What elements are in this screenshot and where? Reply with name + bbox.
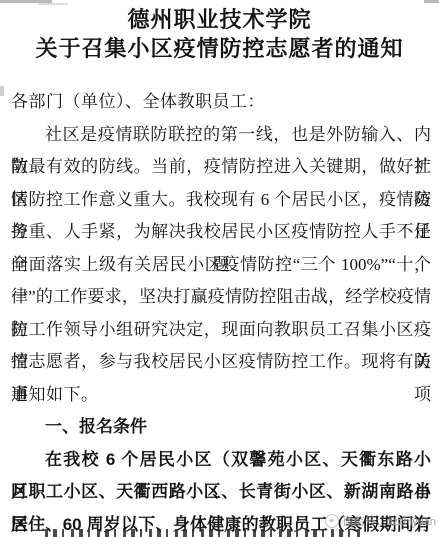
body-line: 律”的工作要求，坚决打赢疫情防控阻击战，经学校疫情防 [11,281,431,314]
salutation-line: 各部门（单位）、全体教职员工： [11,86,431,119]
body-line: 散最有效的防线。当前，疫情防控进入关键期，做好社区疫 [11,151,431,184]
wechat-watermark-label: 微信号：dzzhiyuan [342,513,436,529]
left-edge-artifact [0,86,4,96]
top-right-cutoff-mark [424,0,439,3]
clipped-text-line [45,529,363,537]
body-line: 控志愿者，参与我校居民小区疫情防控工作。现将有关事项 [11,346,431,379]
document-title: 德州职业技术学院 关于召集小区疫情防控志愿者的通知 [0,5,439,63]
wechat-watermark: 微信号：dzzhiyuan [325,513,436,529]
body-line: 全面落实上级有关居民小区疫情防控“三个 100%”“十个一 [11,249,431,282]
body-line: 社区是疫情联防联控的第一线，也是外防输入、内防扩 [11,119,431,152]
body-line: 控工作领导小组研究决定，现面向教职员工召集小区疫情防 [11,314,431,347]
title-line-1: 德州职业技术学院 [0,5,439,34]
document-body: 各部门（单位）、全体教职员工： 社区是疫情联防联控的第一线，也是外防输入、内防扩… [11,86,431,537]
body-line-bold: 在我校 6 个居民小区（双馨苑小区、天衢东路小区、肖 [11,444,431,477]
notice-document: 德州职业技术学院 关于召集小区疫情防控志愿者的通知 各部门（单位）、全体教职员工… [0,0,439,537]
body-line: 务重、人手紧，为解决我校居民小区疫情防控人手不足问题， [11,216,431,249]
title-line-2: 关于召集小区疫情防控志愿者的通知 [0,34,439,63]
body-line: 情防控工作意义重大。我校现有 6 个居民小区，疫情防控任 [11,184,431,217]
body-line-bold: 月职工小区、天衢西路小区、长青街小区、新湖南路小区） [11,476,431,509]
wechat-logo-icon [325,514,339,528]
section-heading-signup-conditions: 一、报名条件 [11,411,431,444]
